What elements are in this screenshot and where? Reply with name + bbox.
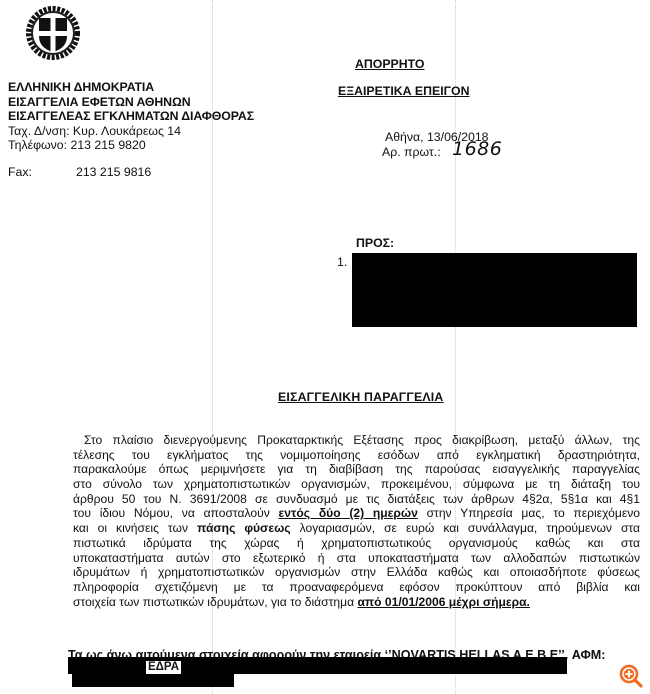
body-line: τέλεσης του εγκλήματος της νομιμοποίησης… xyxy=(73,448,640,463)
body-line: πιστωτικά ιδρύματα της χώρας ή χρηματοπι… xyxy=(73,536,640,551)
address-redaction xyxy=(72,674,234,687)
header-block: ΕΛΛΗΝΙΚΗ ΔΗΜΟΚΡΑΤΙΑ ΕΙΣΑΓΓΕΛΙΑ ΕΦΕΤΩΝ ΑΘ… xyxy=(8,80,254,153)
period-emphasis: από 01/01/2006 μέχρι σήμερα. xyxy=(357,595,529,609)
body-line: του ίδιου Νόμου, να αποσταλούν εντός δύο… xyxy=(73,506,640,521)
all-kinds-emphasis: πάσης φύσεως xyxy=(197,521,291,535)
body-line: άρθρου 50 του Ν. 3691/2008 σε συνδυασμό … xyxy=(73,492,640,507)
seat-label: ΕΔΡΑ xyxy=(146,661,181,674)
body-text-segment: και οι κινήσεις των xyxy=(73,521,197,535)
body-line: στο σύνολο των χρηματοπιστωτικών οργανισ… xyxy=(73,477,640,492)
header-country: ΕΛΛΗΝΙΚΗ ΔΗΜΟΚΡΑΤΙΑ xyxy=(8,80,254,95)
classification-urgent: ΕΞΑΙΡΕΤΙΚΑ ΕΠΕΙΓΟΝ xyxy=(338,84,469,98)
protocol-number: 1686 xyxy=(452,138,502,160)
recipient-redaction xyxy=(352,253,637,327)
header-address: Ταχ. Δ/νση: Κυρ. Λουκάρεως 14 xyxy=(8,124,254,139)
body-line: ιδρυμάτων ή χρηματοπιστωτικών οργανισμών… xyxy=(73,565,640,580)
fax-value: 213 215 9816 xyxy=(76,165,151,179)
header-court: ΕΙΣΑΓΓΕΛΙΑ ΕΦΕΤΩΝ ΑΘΗΝΩΝ xyxy=(8,95,254,110)
afm-seat-redaction xyxy=(68,657,567,674)
body-line: πληροφορία σχετιζόμενη με τα προαναφερόμ… xyxy=(73,580,640,595)
fax-label: Fax: xyxy=(8,165,32,179)
body-text-segment: στην Υπηρεσία μας, το περιεχόμενο xyxy=(418,506,640,520)
document-title: ΕΙΣΑΓΓΕΛΙΚΗ ΠΑΡΑΓΓΕΛΙΑ xyxy=(278,390,443,404)
body-text-segment: στοιχεία των πιστωτικών ιδρυμάτων, για τ… xyxy=(73,595,357,609)
greek-coat-of-arms-icon xyxy=(26,6,80,60)
header-prosecutor: ΕΙΣΑΓΓΕΛΕΑΣ ΕΓΚΛΗΜΑΤΩΝ ΔΙΑΦΘΟΡΑΣ xyxy=(8,109,254,124)
body-line: παρακαλούμε όπως μεριμνήσετε για τη διαβ… xyxy=(73,462,640,477)
body-line: και οι κινήσεις των πάσης φύσεως λογαρια… xyxy=(73,521,640,536)
zoom-in-icon[interactable] xyxy=(618,663,644,689)
recipient-number: 1. xyxy=(337,255,347,269)
body-text-segment: λογαριασμών, σε ευρώ και συνάλλαγμα, τηρ… xyxy=(291,521,640,535)
body-line: Στο πλαίσιο διενεργούμενης Προκαταρκτική… xyxy=(73,433,640,448)
header-phone: Τηλέφωνο: 213 215 9820 xyxy=(8,138,254,153)
body-text-segment: του ίδιου Νόμου, να αποσταλούν xyxy=(73,506,279,520)
deadline-emphasis: εντός δύο (2) ημερών xyxy=(279,506,418,520)
protocol-label: Αρ. πρωτ.: xyxy=(382,145,441,159)
body-line: υποκαταστήματα αυτών στο εξωτερικό ή στα… xyxy=(73,551,640,566)
recipients-label: ΠΡΟΣ: xyxy=(356,236,394,250)
body-paragraph: Στο πλαίσιο διενεργούμενης Προκαταρκτική… xyxy=(73,433,640,609)
body-line: στοιχεία των πιστωτικών ιδρυμάτων, για τ… xyxy=(73,595,640,610)
classification-secret: ΑΠΟΡΡΗΤΟ xyxy=(355,57,424,71)
